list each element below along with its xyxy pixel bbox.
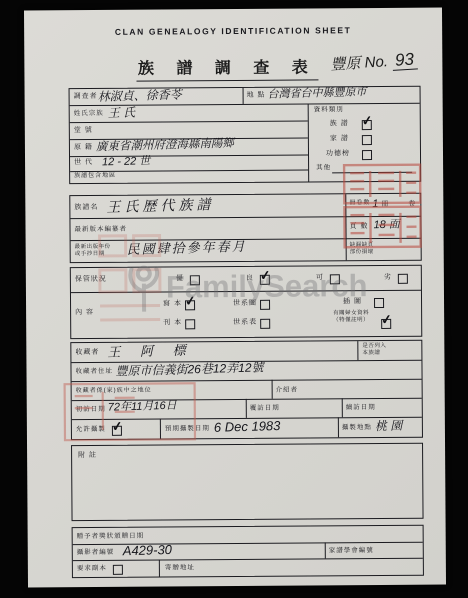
followup-visit-label: 續訪日期 [346, 404, 376, 411]
filming-permission-label: 允許攝製 [76, 426, 106, 433]
checkbox-print [185, 319, 195, 329]
genealogy-name-value: 王氏歷代族譜 [106, 197, 214, 214]
checkbox-condition-good [260, 275, 270, 285]
women-data-label: 有關婦女資料 （特僅註明） [333, 310, 369, 324]
category-gongde-label: 功德榜 [326, 150, 350, 158]
pages-value: 18 面 [373, 220, 400, 232]
checkbox-gongde [362, 150, 372, 160]
donor-award-date-label: 贈予者獎狀頒贈日期 [77, 533, 145, 541]
document-number: 豐原 No. 93 [330, 48, 418, 74]
content-label: 內 容 [75, 309, 94, 317]
material-category-title: 資料類別 [314, 106, 344, 113]
revisit-label: 覆訪日期 [250, 405, 280, 412]
family-position-label: 收藏者係(家)族中之地位 [76, 388, 152, 395]
clan-label: 姓氏宗族 [74, 110, 104, 117]
area-label: 族譜包含地區 [74, 173, 116, 180]
photographer-number-value: A429-30 [123, 543, 173, 557]
request-copy-label: 要求副本 [77, 565, 107, 572]
checkbox-condition-excellent [190, 275, 200, 285]
volume-label: 冊卷數 [349, 200, 370, 207]
checkbox-illustration [374, 298, 384, 308]
society-number-label: 家譜學會編號 [329, 547, 374, 554]
checkbox-women-data [381, 319, 391, 329]
checkbox-manuscript [185, 300, 195, 310]
women-data-label-line1: 有關婦女資料 [333, 310, 369, 316]
pages-label: 頁 數 [349, 223, 368, 231]
publication-date-value: 民國肆拾參年春月 [126, 240, 246, 256]
introducer-label: 介紹者 [276, 387, 299, 394]
divider [70, 120, 308, 123]
notes-label: 附 註 [78, 452, 97, 460]
document-number-prefix: 豐原 [330, 55, 361, 74]
clan-value: 王 氏 [108, 106, 136, 119]
divider [70, 216, 420, 219]
investigator-label: 調查者 [74, 93, 98, 101]
volume-unit-juan: 卷 [408, 201, 416, 209]
location-value: 台灣省台中縣豐原市 [267, 87, 366, 101]
collector-address-label: 收藏者住址 [75, 368, 113, 375]
chinese-title: 族 譜 調 查 表 [136, 54, 318, 81]
illustration-label: 插 圖 [343, 298, 362, 306]
location-label: 地 點 [247, 92, 266, 100]
divider [159, 560, 160, 577]
filming-place-value: 桃 園 [375, 420, 403, 433]
condition-excellent-label: 優 [176, 275, 184, 283]
divider [160, 419, 161, 439]
divider [308, 103, 310, 181]
checkbox-request-copy [113, 565, 123, 575]
divider [72, 379, 422, 382]
mailing-address-label: 寄贈地址 [165, 564, 195, 571]
publication-date-label: 最新出版年份 或手抄日期 [75, 244, 111, 258]
manuscript-label: 寫 本 [163, 300, 182, 308]
filming-date-label: 預期攝製日期 [165, 425, 210, 432]
divider [272, 380, 273, 399]
category-zupu-label: 族 譜 [330, 120, 349, 128]
checkbox-filming-permission [112, 426, 122, 436]
collector-label: 收藏者 [75, 349, 99, 357]
checkbox-condition-fair [330, 274, 340, 284]
divider [71, 290, 421, 293]
filming-place-label: 攝製地點 [342, 424, 372, 431]
first-visit-value: 72年11月16日 [108, 401, 177, 414]
women-data-label-line2: （特僅註明） [333, 317, 369, 323]
generation-value: 12 - 22 世 [102, 156, 151, 168]
document-number-label: No. [364, 53, 388, 71]
divider [345, 194, 346, 260]
listed-in-genealogy-label: 是否列入 本族譜 [362, 343, 386, 357]
volume-value: 1 [372, 199, 378, 210]
checkbox-jiapu [362, 135, 372, 145]
genealogy-name-label: 族譜名 [74, 204, 98, 212]
listed-label-line2: 本族譜 [362, 350, 380, 356]
volume-unit-ce: 冊 [381, 201, 389, 209]
publication-date-label-line1: 最新出版年份 [75, 244, 111, 250]
divider [246, 399, 247, 418]
origin-value: 廣東省潮州府澄海縣南陽鄉 [96, 139, 234, 154]
divider [243, 88, 244, 104]
origin-label: 原 籍 [74, 144, 93, 152]
generation-label: 世 代 [74, 159, 93, 167]
checkbox-zupu [362, 120, 372, 130]
admin-table: 贈予者獎狀頒贈日期 攝影者編號 A429-30 家譜學會編號 要求副本 寄贈地址 [72, 525, 424, 578]
divider [357, 341, 358, 360]
filming-date-value: 6 Dec 1983 [214, 419, 281, 434]
condition-content-table: 保管狀況 優 良 可 劣 內 容 寫 本 刊 本 世系圖 世系表 插 圖 有關婦… [70, 265, 422, 339]
survey-info-table: 調查者 林淑貞、徐香苓 地 點 台灣省台中縣豐原市 姓氏宗族 王 氏 堂 號 原… [69, 86, 422, 184]
english-title: CLAN GENEALOGY IDENTIFICATION SHEET [24, 25, 442, 38]
condition-label: 保管狀況 [75, 276, 107, 284]
divider [338, 417, 339, 437]
document-number-value: 93 [391, 49, 417, 70]
other-underline [332, 172, 412, 174]
condition-good-label: 良 [246, 275, 254, 283]
condition-fair-label: 可 [316, 274, 324, 282]
divider [70, 169, 308, 172]
notes-box: 附 註 [71, 443, 424, 521]
category-jiapu-label: 家 譜 [330, 135, 349, 143]
compiler-label: 最新版本編纂者 [74, 226, 127, 234]
collector-table: 收藏者 王 阿 標 是否列入 本族譜 收藏者住址 豐原市信義街26巷12弄12號… [70, 340, 423, 440]
checkbox-condition-poor [398, 274, 408, 284]
collector-value: 王 阿 標 [107, 343, 194, 358]
scanned-document: CLAN GENEALOGY IDENTIFICATION SHEET 族 譜 … [24, 8, 446, 588]
photographer-number-label: 攝影者編號 [77, 549, 115, 556]
publication-date-label-line2: 或手抄日期 [75, 251, 105, 257]
defect-label: 缺漏缺頁 部份損壞 [350, 242, 374, 256]
lineage-table-label: 世系表 [233, 319, 257, 327]
collector-address-value: 豐原市信義街26巷12弄12號 [115, 361, 263, 377]
hall-label: 堂 號 [74, 127, 93, 135]
divider [342, 398, 343, 417]
checkbox-lineage-chart [260, 300, 270, 310]
category-other-label: 其他 [316, 164, 331, 171]
first-visit-label: 初訪日期 [76, 406, 106, 413]
print-label: 刊 本 [163, 319, 182, 327]
defect-label-line1: 缺漏缺頁 [350, 242, 374, 248]
condition-poor-label: 劣 [384, 274, 392, 282]
investigator-value: 林淑貞、徐香苓 [97, 88, 181, 102]
divider [325, 542, 326, 558]
genealogy-title-table: 族譜名 王氏歷代族譜 冊卷數 1 冊 卷 最新版本編纂者 頁 數 18 面 最新… [69, 193, 421, 263]
listed-label-line1: 是否列入 [362, 343, 386, 349]
defect-label-line2: 部份損壞 [350, 249, 374, 255]
lineage-chart-label: 世系圖 [233, 300, 257, 308]
checkbox-lineage-table [260, 319, 270, 329]
